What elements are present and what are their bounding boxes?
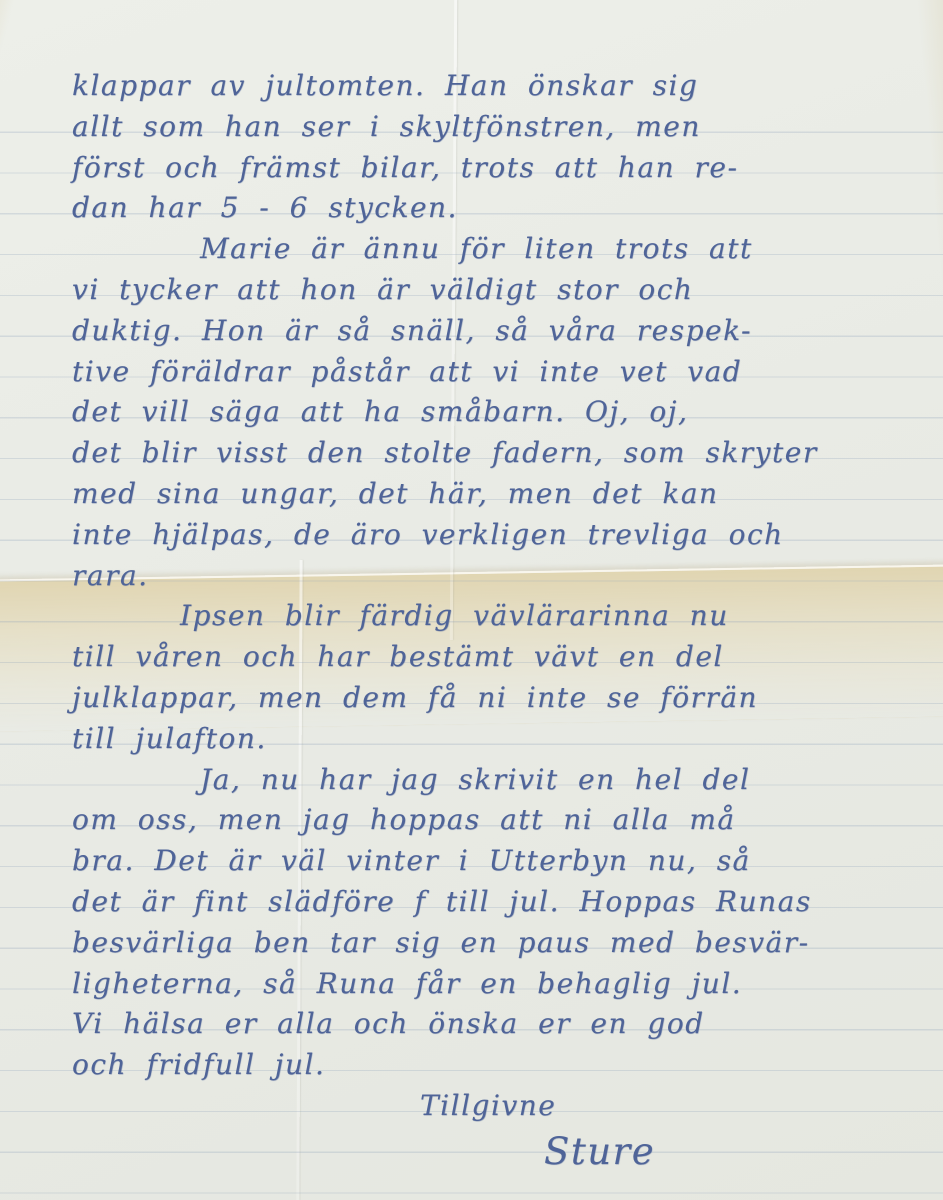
handwritten-line: dan har 5 - 6 stycken. xyxy=(72,188,902,229)
handwritten-line: till julafton. xyxy=(72,719,902,760)
closing-word: Tillgivne xyxy=(72,1086,902,1127)
handwritten-line: Ja, nu har jag skrivit en hel del xyxy=(72,760,902,801)
handwritten-line: det blir visst den stolte fadern, som sk… xyxy=(72,433,902,474)
handwritten-line: först och främst bilar, trots att han re… xyxy=(72,148,902,189)
handwritten-line: bra. Det är väl vinter i Utterbyn nu, så xyxy=(72,841,902,882)
handwritten-line: Ipsen blir färdig vävlärarinna nu xyxy=(72,596,902,637)
handwritten-line: det vill säga att ha småbarn. Oj, oj, xyxy=(72,392,902,433)
handwritten-line: och fridfull jul. xyxy=(72,1045,902,1086)
letter-page: klappar av jultomten. Han önskar sig all… xyxy=(0,0,943,1200)
handwritten-line: julklappar, men dem få ni inte se förrän xyxy=(72,678,902,719)
handwritten-line: besvärliga ben tar sig en paus med besvä… xyxy=(72,923,902,964)
handwritten-line: duktig. Hon är så snäll, så våra respek- xyxy=(72,311,902,352)
handwritten-line: Vi hälsa er alla och önska er en god xyxy=(72,1004,902,1045)
handwritten-line: det är fint slädföre f till jul. Hoppas … xyxy=(72,882,902,923)
letter-body: klappar av jultomten. Han önskar sig all… xyxy=(72,66,902,1177)
handwritten-line: till våren och har bestämt vävt en del xyxy=(72,637,902,678)
handwritten-line: rara. xyxy=(72,556,902,597)
handwritten-line: ligheterna, så Runa får en behaglig jul. xyxy=(72,964,902,1005)
handwritten-line: vi tycker att hon är väldigt stor och xyxy=(72,270,902,311)
handwritten-line: tive föräldrar påstår att vi inte vet va… xyxy=(72,352,902,393)
handwritten-line: inte hjälpas, de äro verkligen trevliga … xyxy=(72,515,902,556)
handwritten-line: med sina ungar, det här, men det kan xyxy=(72,474,902,515)
handwritten-line: allt som han ser i skyltfönstren, men xyxy=(72,107,902,148)
handwritten-line: om oss, men jag hoppas att ni alla må xyxy=(72,800,902,841)
handwritten-line: klappar av jultomten. Han önskar sig xyxy=(72,66,902,107)
signature-name: Sture xyxy=(72,1127,902,1177)
handwritten-line: Marie är ännu för liten trots att xyxy=(72,229,902,270)
